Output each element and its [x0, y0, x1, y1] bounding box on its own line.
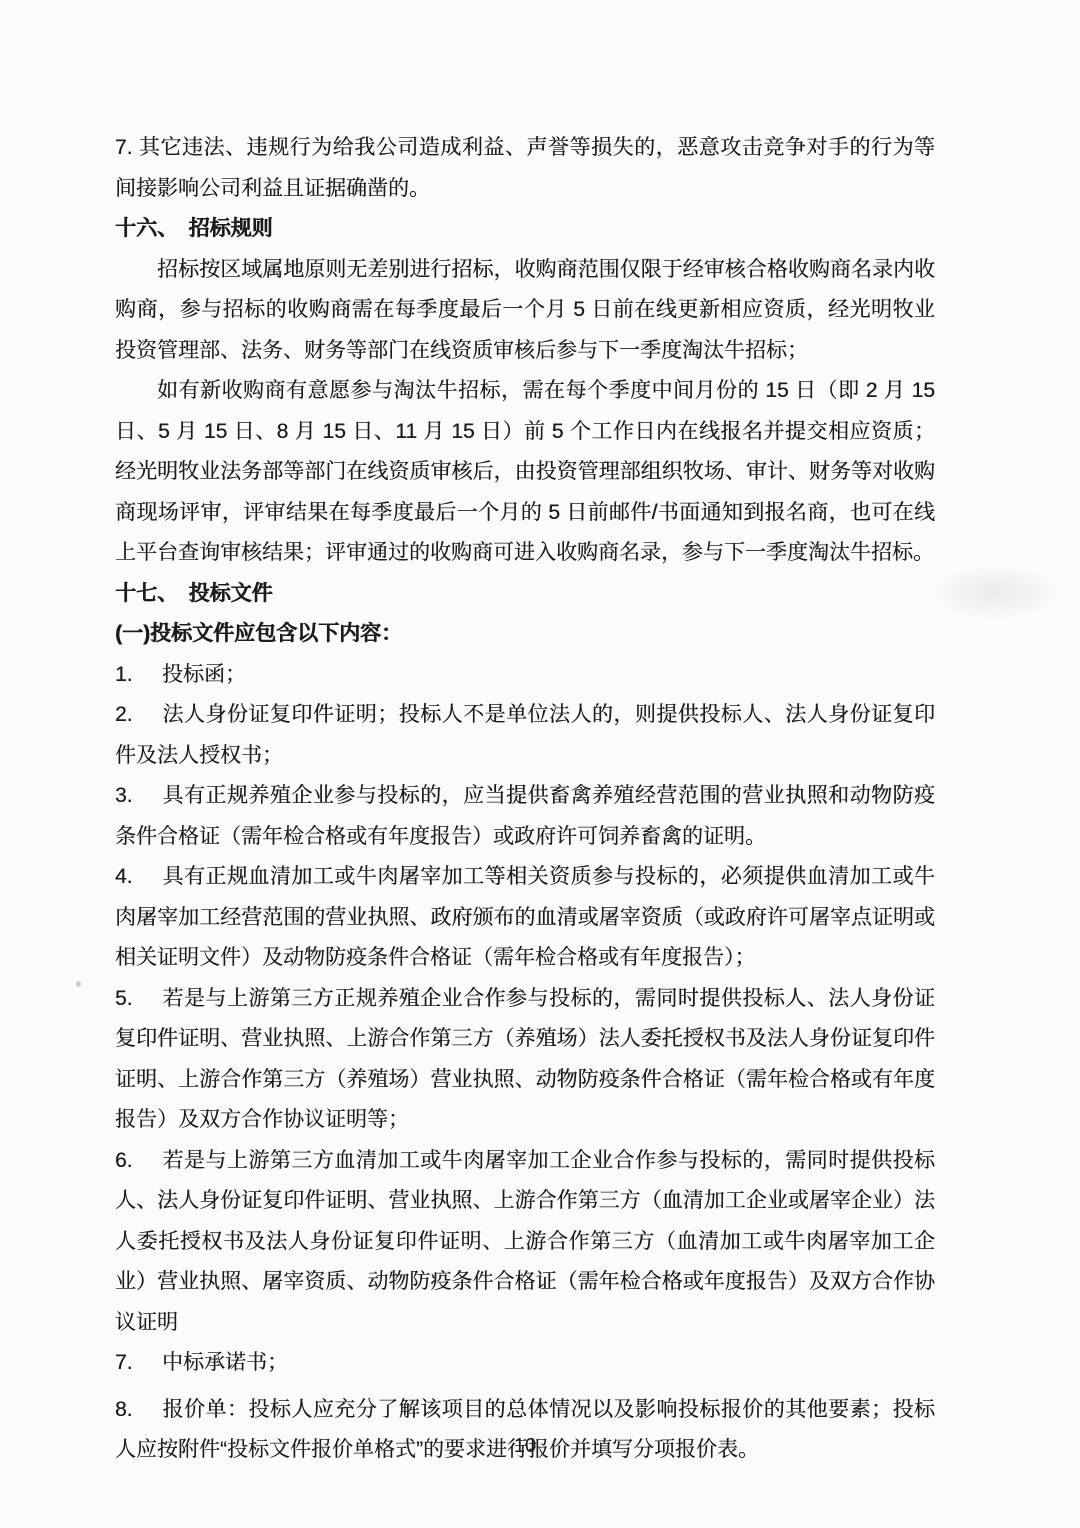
bid-doc-item-5: 5.若是与上游第三方正规养殖企业合作参与投标的，需同时提供投标人、法人身份证复印… — [115, 979, 935, 1141]
section-16-heading: 十六、 招标规则 — [115, 209, 935, 250]
list-item-number: 2. — [115, 695, 162, 736]
list-item-text: 具有正规养殖企业参与投标的，应当提供畜禽养殖经营范围的营业执照和动物防疫条件合格… — [115, 784, 935, 848]
list-item-text: 法人身份证复印件证明；投标人不是单位法人的，则提供投标人、法人身份证复印件及法人… — [115, 703, 935, 767]
scan-speck-artifact — [76, 981, 81, 987]
bid-doc-item-7: 7.中标承诺书； — [115, 1343, 935, 1384]
bid-doc-item-1: 1.投标函； — [115, 655, 935, 696]
section-16-para-1: 招标按区域属地原则无差别进行招标，收购商范围仅限于经审核合格收购商名录内收购商，… — [115, 250, 935, 372]
list-item-number: 6. — [115, 1141, 162, 1182]
bid-doc-item-4: 4.具有正规血清加工或牛肉屠宰加工等相关资质参与投标的，必须提供血清加工或牛肉屠… — [115, 857, 935, 979]
list-item-number: 8. — [115, 1390, 162, 1431]
list-item-text: 投标函； — [162, 663, 246, 686]
list-item-text: 具有正规血清加工或牛肉屠宰加工等相关资质参与投标的，必须提供血清加工或牛肉屠宰加… — [115, 865, 935, 969]
section-17-heading: 十七、 投标文件 — [115, 574, 935, 615]
list-item-text: 中标承诺书； — [162, 1351, 288, 1374]
scan-smudge-artifact — [930, 565, 1060, 620]
bid-doc-item-6: 6.若是与上游第三方血清加工或牛肉屠宰加工企业合作参与投标的，需同时提供投标人、… — [115, 1141, 935, 1344]
list-item-number: 4. — [115, 857, 162, 898]
list-item-number: 7. — [115, 1343, 162, 1384]
list-item-text: 若是与上游第三方正规养殖企业合作参与投标的，需同时提供投标人、法人身份证复印件证… — [115, 987, 935, 1132]
list-item-number: 3. — [115, 776, 162, 817]
bid-doc-item-2: 2.法人身份证复印件证明；投标人不是单位法人的，则提供投标人、法人身份证复印件及… — [115, 695, 935, 776]
section-17-sub-1-heading: (一)投标文件应包含以下内容： — [115, 614, 935, 655]
page-number: 10 — [115, 1426, 935, 1466]
list-item-text: 若是与上游第三方血清加工或牛肉屠宰加工企业合作参与投标的，需同时提供投标人、法人… — [115, 1149, 935, 1334]
section-16-para-2: 如有新收购商有意愿参与淘汰牛招标，需在每个季度中间月份的 15 日（即 2 月 … — [115, 371, 935, 574]
clause-7-misc-violations: 7. 其它违法、违规行为给我公司造成利益、声誉等损失的，恶意攻击竞争对手的行为等… — [115, 128, 935, 209]
list-item-number: 1. — [115, 655, 162, 696]
scanned-document-page: 7. 其它违法、违规行为给我公司造成利益、声誉等损失的，恶意攻击竞争对手的行为等… — [0, 0, 1080, 1528]
bid-doc-item-3: 3.具有正规养殖企业参与投标的，应当提供畜禽养殖经营范围的营业执照和动物防疫条件… — [115, 776, 935, 857]
document-body: 7. 其它违法、违规行为给我公司造成利益、声誉等损失的，恶意攻击竞争对手的行为等… — [115, 128, 935, 1471]
list-item-number: 5. — [115, 979, 162, 1020]
